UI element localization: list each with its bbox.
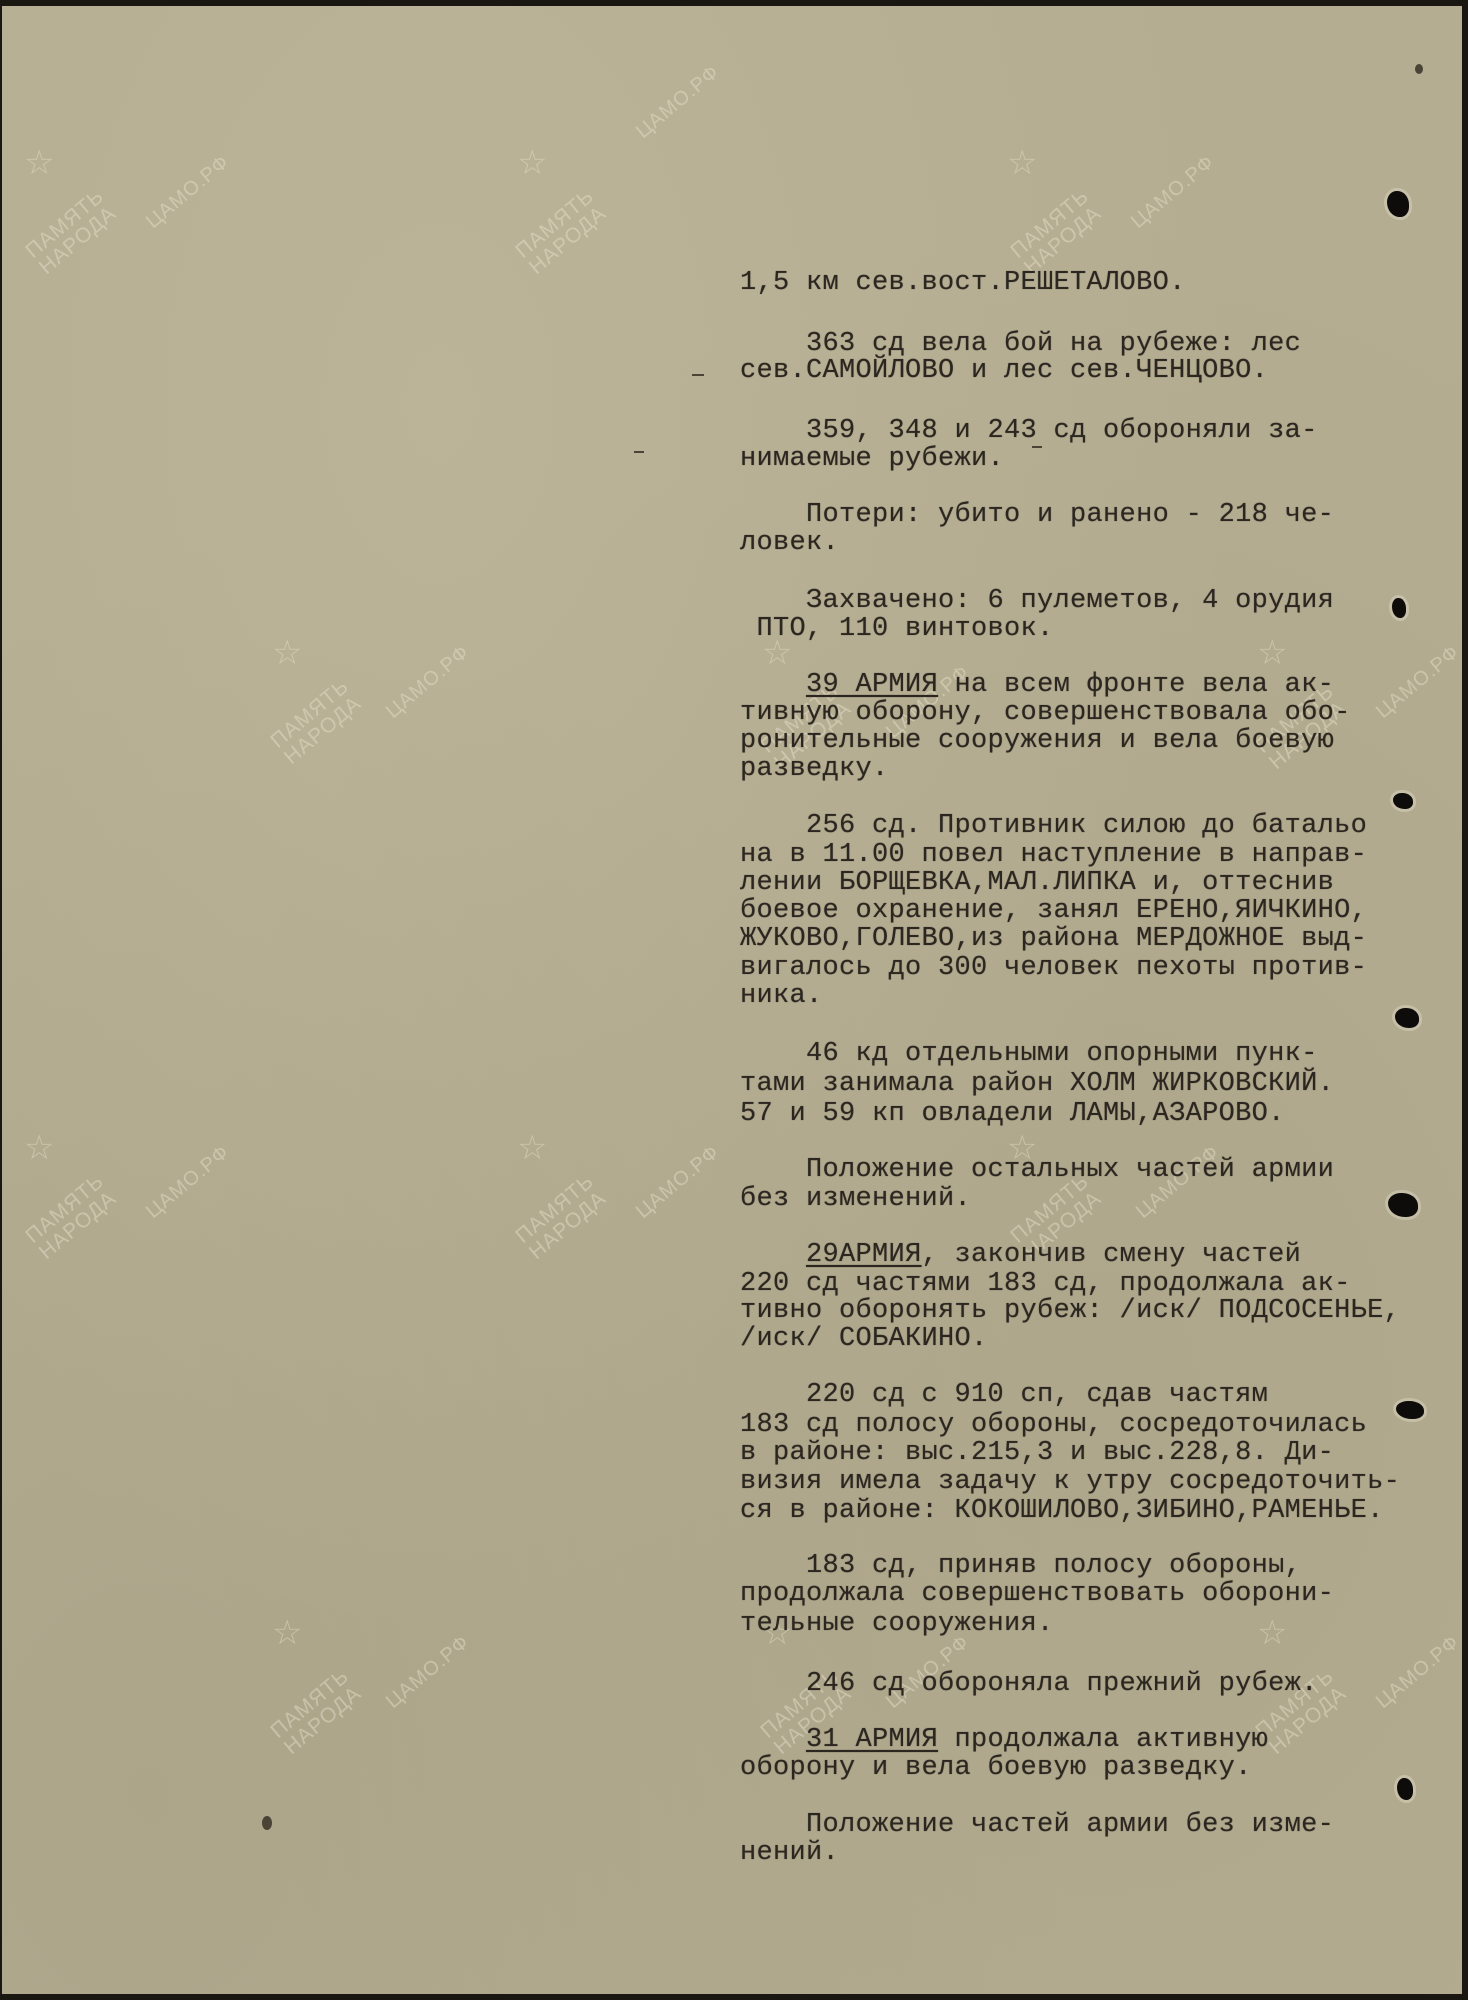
text-line: ся в районе: КОКОШИЛОВО,ЗИБИНО,РАМЕНЬЕ. [740, 1496, 1384, 1526]
punch-hole [1392, 598, 1406, 618]
army-heading: 31 АРМИЯ [806, 1725, 938, 1755]
star-icon: ☆ [24, 1131, 54, 1165]
text-line: нимаемые рубежи. [740, 444, 1004, 474]
star-icon: ☆ [517, 146, 547, 180]
watermark-line: НАРОДА [280, 1682, 366, 1759]
watermark-camo: ЦАМО.РФ [632, 61, 724, 144]
text-line: тивную оборону, совершенствовала обо- [740, 698, 1351, 728]
text-line: 246 сд обороняла прежний рубеж. [740, 1669, 1318, 1699]
text-line: на в 11.00 повел наступление в направ- [740, 840, 1367, 870]
text-line: 29АРМИЯ, закончив смену частей [740, 1240, 1301, 1270]
indent [740, 1725, 806, 1755]
text-line: 31 АРМИЯ продолжала активную [740, 1725, 1268, 1755]
text-line: визия имела задачу к утру сосредоточить- [740, 1467, 1400, 1497]
document-page: ЦАМО.РФ ЦАМО.РФ ЦАМО.РФ ЦАМО.РФ ЦАМО.РФ … [2, 6, 1462, 1994]
watermark-line: НАРОДА [280, 692, 366, 769]
indent [740, 670, 806, 700]
watermark-line: ПАМЯТЬ [21, 185, 108, 263]
watermark-line: ПАМЯТЬ [21, 1170, 108, 1248]
ink-speck [1415, 64, 1423, 74]
text-line: ПТО, 110 винтовок. [740, 614, 1054, 644]
watermark-camo: ЦАМО.РФ [142, 1141, 234, 1224]
star-icon: ☆ [1257, 636, 1287, 670]
text-line: продолжала совершенствовать оборони- [740, 1579, 1334, 1609]
army-heading: 39 АРМИЯ [806, 670, 938, 700]
text-line: боевое охранение, занял ЕРЕНО,ЯИЧКИНО, [740, 896, 1367, 926]
army-heading: 29АРМИЯ [806, 1240, 922, 1270]
margin-dash [692, 374, 704, 376]
indent [740, 1240, 806, 1270]
watermark-pamyat-naroda: ПАМЯТЬНАРОДА [512, 1170, 611, 1263]
text-line: Потери: убито и ранено - 218 че- [740, 500, 1334, 530]
text-line: Захвачено: 6 пулеметов, 4 орудия [740, 586, 1334, 616]
watermark-camo: ЦАМО.РФ [1127, 151, 1219, 234]
ink-speck [262, 1816, 272, 1830]
watermark-line: НАРОДА [525, 202, 611, 279]
text-line: лении БОРЩЕВКА,МАЛ.ЛИПКА и, оттеснив [740, 868, 1334, 898]
text-line: 256 сд. Противник силою до батальо [740, 811, 1367, 841]
text-line: ловек. [740, 528, 839, 558]
watermark-line: НАРОДА [35, 202, 121, 279]
text-line: тами занимала район ХОЛМ ЖИРКОВСКИЙ. [740, 1069, 1334, 1099]
watermark-camo: ЦАМО.РФ [1372, 641, 1462, 724]
punch-hole [1397, 1778, 1413, 1800]
punch-hole [1388, 1193, 1418, 1217]
watermark-line: ПАМЯТЬ [266, 675, 353, 753]
punch-hole [1387, 191, 1409, 217]
text-line: 183 сд полосу обороны, сосредоточилась [740, 1410, 1367, 1440]
watermark-line: ПАМЯТЬ [511, 1170, 598, 1248]
text-line: 57 и 59 кп овладели ЛАМЫ,АЗАРОВО. [740, 1099, 1285, 1129]
text-line: в районе: выс.215,3 и выс.228,8. Ди- [740, 1438, 1334, 1468]
star-icon: ☆ [272, 636, 302, 670]
text-line: 220 сд с 910 сп, сдав частям [740, 1380, 1268, 1410]
star-icon: ☆ [517, 1131, 547, 1165]
watermark-line: НАРОДА [525, 1187, 611, 1264]
watermark-line: ПАМЯТЬ [266, 1665, 353, 1743]
text-line: разведку. [740, 754, 889, 784]
text-line: Положение частей армии без изме- [740, 1810, 1334, 1840]
text-line: тельные сооружения. [740, 1609, 1054, 1639]
watermark-camo: ЦАМО.РФ [382, 1631, 474, 1714]
text-line: 359, 348 и 243 сд обороняли за- [740, 416, 1318, 446]
star-icon: ☆ [1007, 146, 1037, 180]
star-icon: ☆ [1257, 1616, 1287, 1650]
watermark-line: ПАМЯТЬ [1006, 185, 1093, 263]
text-line: 46 кд отдельными опорными пунк- [740, 1039, 1318, 1069]
text-line: 39 АРМИЯ на всем фронте вела ак- [740, 670, 1334, 700]
text-run: продолжала активную [938, 1725, 1268, 1755]
watermark-pamyat-naroda: ПАМЯТЬНАРОДА [1007, 185, 1106, 278]
watermark-camo: ЦАМО.РФ [142, 151, 234, 234]
text-line: 220 сд частями 183 сд, продолжала ак- [740, 1269, 1351, 1299]
watermark-camo: ЦАМО.РФ [1372, 1631, 1462, 1714]
text-line: 363 сд вела бой на рубеже: лес [740, 329, 1301, 359]
text-line: 1,5 км сев.вост.РЕШЕТАЛОВО. [740, 268, 1186, 298]
watermark-pamyat-naroda: ПАМЯТЬНАРОДА [22, 185, 121, 278]
punch-hole [1395, 1008, 1419, 1028]
watermark-pamyat-naroda: ПАМЯТЬНАРОДА [512, 185, 611, 278]
text-line: нений. [740, 1838, 839, 1868]
watermark-line: ПАМЯТЬ [511, 185, 598, 263]
text-run: на всем фронте вела ак- [938, 670, 1334, 700]
star-icon: ☆ [272, 1616, 302, 1650]
watermark-camo: ЦАМО.РФ [382, 641, 474, 724]
text-line: 183 сд, приняв полосу обороны, [740, 1551, 1301, 1581]
text-line: без изменений. [740, 1184, 971, 1214]
text-run: , закончив смену частей [922, 1240, 1302, 1270]
text-line: оборону и вела боевую разведку. [740, 1753, 1252, 1783]
margin-dash [634, 451, 644, 453]
text-line: ЖУКОВО,ГОЛЕВО,из района МЕРДОЖНОЕ выд- [740, 924, 1367, 954]
punch-hole [1396, 1401, 1424, 1419]
text-line: вигалось до 300 человек пехоты против- [740, 953, 1367, 983]
watermark-pamyat-naroda: ПАМЯТЬНАРОДА [267, 675, 366, 768]
star-icon: ☆ [24, 146, 54, 180]
watermark-pamyat-naroda: ПАМЯТЬНАРОДА [22, 1170, 121, 1263]
text-line: /иск/ СОБАКИНО. [740, 1324, 988, 1354]
text-line: ника. [740, 981, 823, 1011]
text-line: ронительные сооружения и вела боевую [740, 726, 1334, 756]
text-line: сев.САМОЙЛОВО и лес сев.ЧЕНЦОВО. [740, 356, 1268, 386]
margin-dash [1032, 446, 1042, 448]
watermark-pamyat-naroda: ПАМЯТЬНАРОДА [267, 1665, 366, 1758]
text-line: Положение остальных частей армии [740, 1155, 1334, 1185]
punch-hole [1393, 793, 1413, 809]
watermark-camo: ЦАМО.РФ [632, 1141, 724, 1224]
watermark-line: НАРОДА [35, 1187, 121, 1264]
text-line: тивно оборонять рубеж: /иск/ ПОДСОСЕНЬЕ, [740, 1296, 1400, 1326]
